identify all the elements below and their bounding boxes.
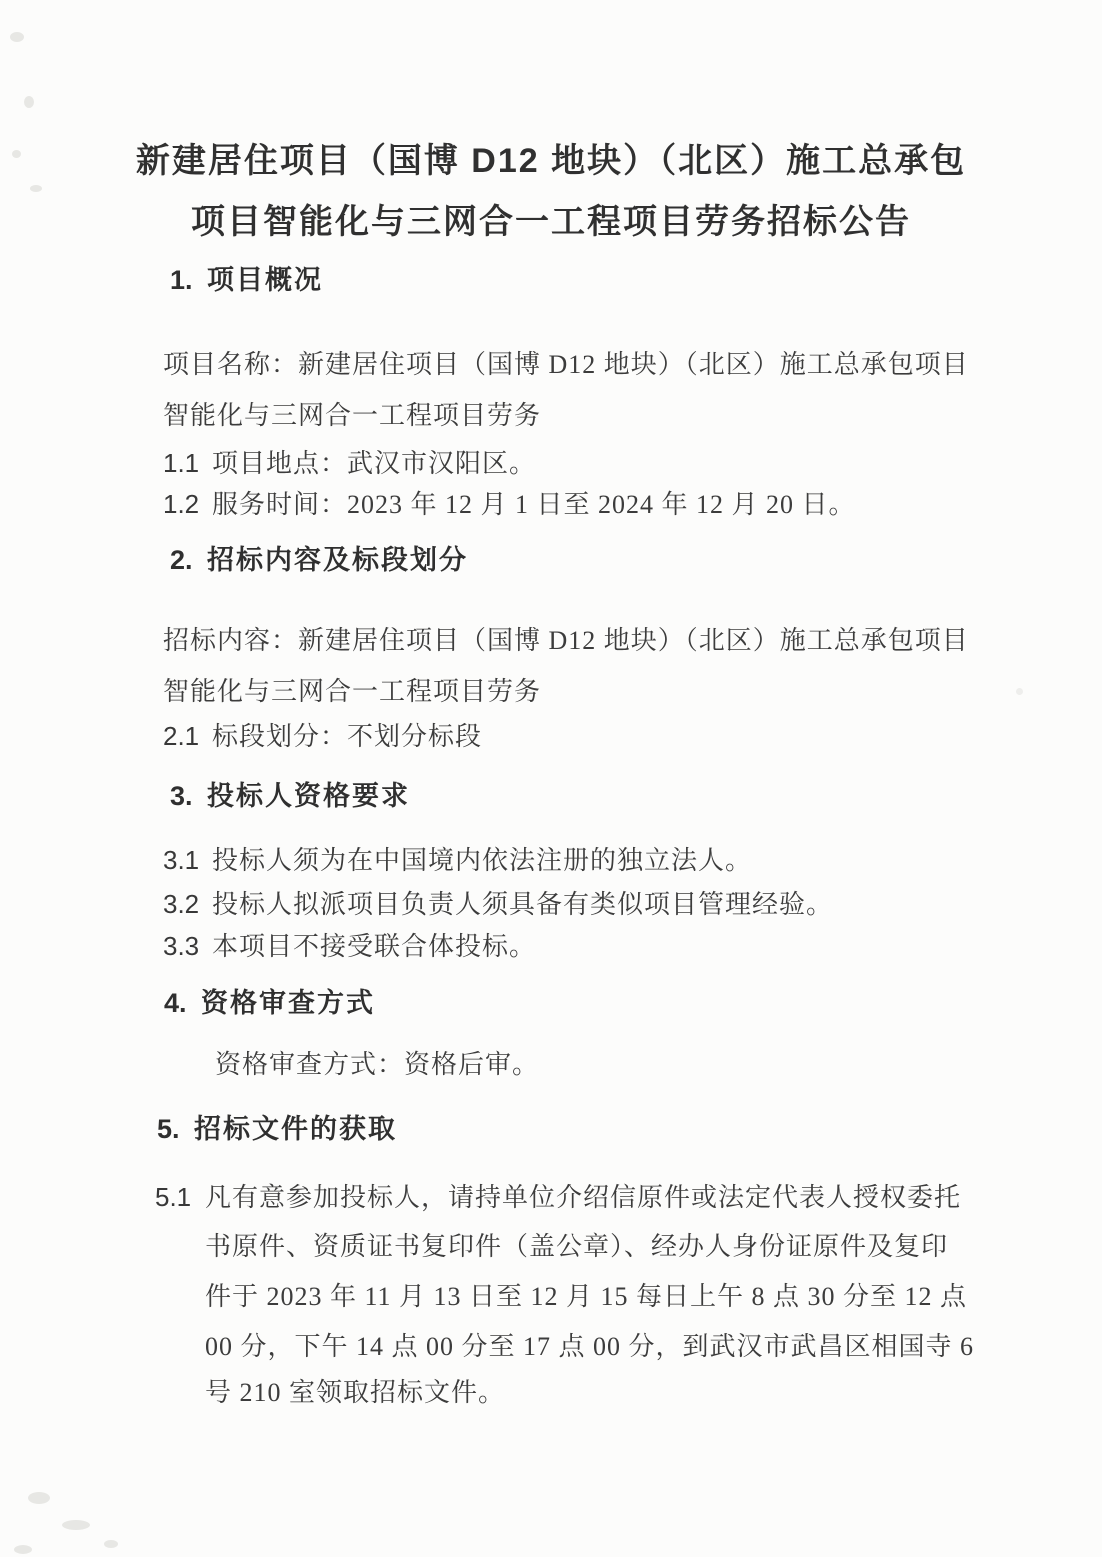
scan-artifact [14, 1545, 32, 1554]
scan-artifact [104, 1540, 118, 1548]
item-number: 3.2 [163, 888, 212, 920]
item-text-line: 书原件、资质证书复印件（盖公章）、经办人身份证原件及复印 [205, 1231, 948, 1263]
item-number: 5.1 [155, 1181, 205, 1213]
scan-artifact [30, 185, 42, 192]
scan-artifact [28, 1492, 50, 1504]
list-item-1-1: 1.1项目地点：武汉市汉阳区。 [163, 447, 536, 480]
item-number: 1.2 [163, 488, 212, 520]
section-5-number: 5. [157, 1113, 194, 1145]
item-text: 标段划分：不划分标段 [212, 722, 482, 751]
section-4-paragraph-line: 资格审查方式：资格后审。 [215, 1049, 539, 1081]
document-page: 新建居住项目（国博 D12 地块）（北区）施工总承包 项目智能化与三网合一工程项… [0, 0, 1102, 1557]
section-5-title: 招标文件的获取 [194, 1114, 397, 1144]
section-4-number: 4. [164, 987, 201, 1019]
list-item-3-2: 3.2投标人拟派项目负责人须具备有类似项目管理经验。 [163, 888, 833, 921]
section-2-paragraph-line: 智能化与三网合一工程项目劳务 [163, 676, 541, 708]
section-3-number: 3. [170, 780, 207, 812]
item-text: 投标人拟派项目负责人须具备有类似项目管理经验。 [212, 890, 833, 919]
document-title-line-1: 新建居住项目（国博 D12 地块）（北区）施工总承包 [0, 139, 1102, 183]
list-item-3-3: 3.3本项目不接受联合体投标。 [163, 930, 536, 963]
item-number: 3.3 [163, 930, 212, 962]
section-3-heading: 3.投标人资格要求 [170, 780, 410, 812]
section-2-heading: 2.招标内容及标段划分 [170, 544, 468, 576]
section-2-title: 招标内容及标段划分 [207, 545, 468, 575]
section-1-heading: 1.项目概况 [170, 264, 323, 296]
scan-artifact [62, 1520, 90, 1530]
item-text: 项目地点：武汉市汉阳区。 [212, 449, 536, 478]
item-number: 2.1 [163, 720, 212, 752]
section-2-number: 2. [170, 544, 207, 576]
list-item-3-1: 3.1投标人须为在中国境内依法注册的独立法人。 [163, 844, 752, 877]
section-5-heading: 5.招标文件的获取 [157, 1113, 397, 1145]
item-text-line: 件于 2023 年 11 月 13 日至 12 月 15 每日上午 8 点 30… [205, 1281, 967, 1313]
item-number: 1.1 [163, 447, 212, 479]
list-item-5-1: 5.1凡有意参加投标人，请持单位介绍信原件或法定代表人授权委托 [155, 1181, 961, 1214]
item-text-line: 凡有意参加投标人，请持单位介绍信原件或法定代表人授权委托 [205, 1183, 961, 1212]
section-4-heading: 4.资格审查方式 [164, 987, 375, 1019]
section-1-paragraph-line: 项目名称：新建居住项目（国博 D12 地块）（北区）施工总承包项目 [163, 349, 969, 381]
section-1-number: 1. [170, 264, 207, 296]
list-item-2-1: 2.1标段划分：不划分标段 [163, 720, 482, 753]
list-item-1-2: 1.2服务时间：2023 年 12 月 1 日至 2024 年 12 月 20 … [163, 488, 856, 521]
section-1-paragraph-line: 智能化与三网合一工程项目劳务 [163, 400, 541, 432]
section-3-title: 投标人资格要求 [207, 781, 410, 811]
section-4-title: 资格审查方式 [201, 988, 375, 1018]
scan-artifact [10, 32, 24, 42]
item-text: 投标人须为在中国境内依法注册的独立法人。 [212, 846, 752, 875]
item-text: 本项目不接受联合体投标。 [212, 932, 536, 961]
section-2-paragraph-line: 招标内容：新建居住项目（国博 D12 地块）（北区）施工总承包项目 [163, 625, 969, 657]
item-text-line: 号 210 室领取招标文件。 [205, 1377, 505, 1409]
item-text: 服务时间：2023 年 12 月 1 日至 2024 年 12 月 20 日。 [212, 490, 856, 519]
scan-artifact [1016, 688, 1023, 695]
item-number: 3.1 [163, 844, 212, 876]
scan-artifact [24, 96, 34, 108]
document-title-line-2: 项目智能化与三网合一工程项目劳务招标公告 [0, 200, 1102, 244]
item-text-line: 00 分，下午 14 点 00 分至 17 点 00 分，到武汉市武昌区相国寺 … [205, 1331, 974, 1363]
section-1-title: 项目概况 [207, 265, 323, 295]
